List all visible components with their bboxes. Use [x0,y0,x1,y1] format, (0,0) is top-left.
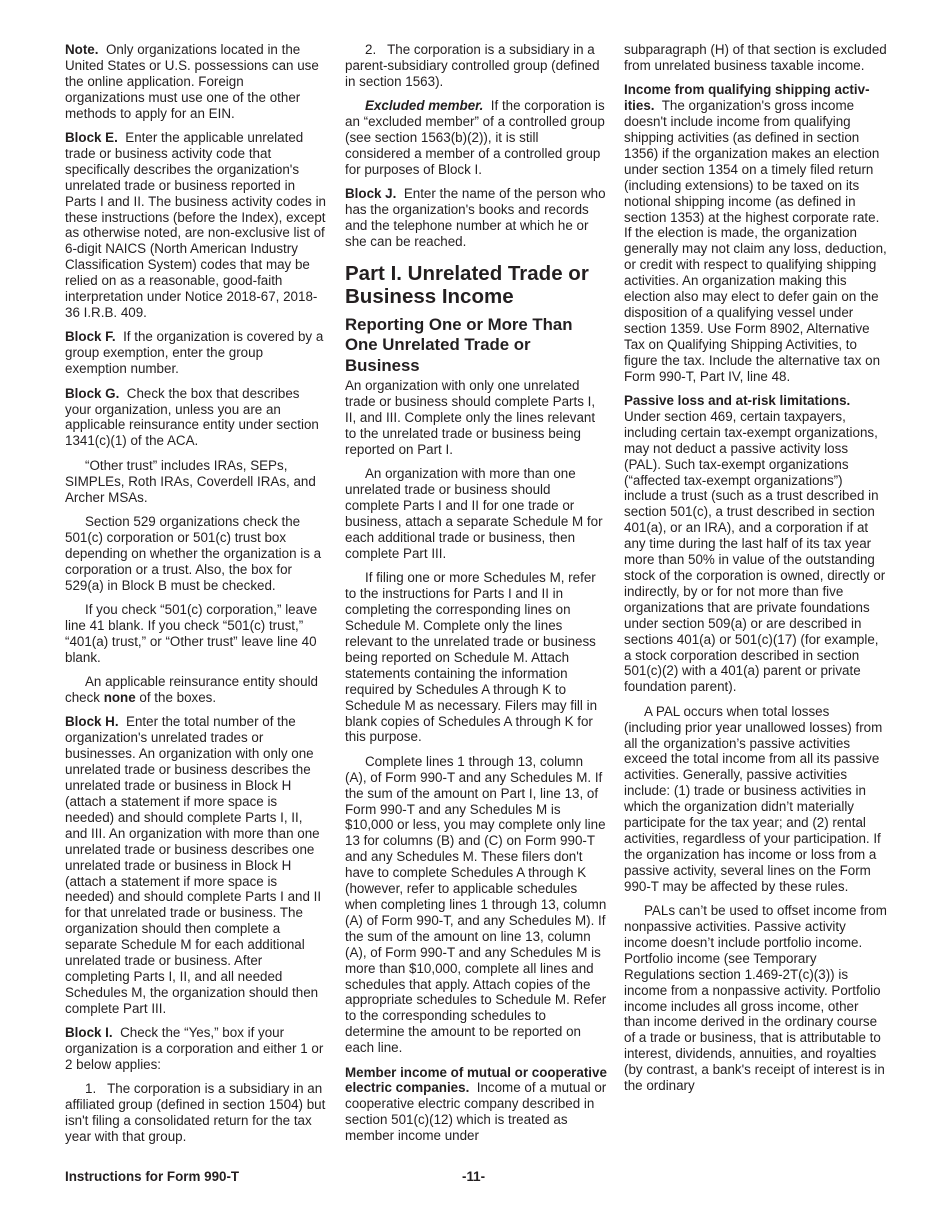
filing-schedules-paragraph: If filing one or more Schedules M, refer… [345,570,607,745]
block-h-lead: Block H. [65,714,119,729]
other-trust-paragraph: “Other trust” includes IRAs, SEPs, SIMPL… [65,458,327,506]
member-income-paragraph: Member income of mutual or coopera­tive … [345,1065,607,1145]
only-one-paragraph: An organization with only one unrelated … [345,378,607,458]
block-g-paragraph: Block G. Check the box that describes yo… [65,386,327,450]
block-i-paragraph: Block I. Check the “Yes,” box if your or… [65,1025,327,1073]
passive-loss-lead: Passive loss and at-risk limitations. [624,393,850,408]
column-left: Note. Only organizations located in the … [65,42,327,1154]
note-lead: Note. [65,42,98,57]
passive-loss-paragraph: Passive loss and at-risk limitations.Und… [624,393,888,695]
note-paragraph: Note. Only organizations located in the … [65,42,327,122]
part-1-heading: Part I. Unrelated Trade or Business Inco… [345,262,607,309]
more-than-one-paragraph: An organization with more than one unrel… [345,466,607,561]
column-right: subparagraph (H) of that section is excl… [624,42,888,1103]
list-item-2: 2. The corporation is a subsidiary in a … [345,42,607,90]
reporting-heading: Reporting One or More Than One Unrelated… [345,315,607,377]
complete-lines-paragraph: Complete lines 1 through 13, column (A),… [345,754,607,1056]
block-j-lead: Block J. [345,186,396,201]
excluded-member-lead: Excluded member. [365,98,483,113]
if-check-paragraph: If you check “501(c) corporation,” leave… [65,602,327,666]
section-529-paragraph: Section 529 organizations check the 501(… [65,514,327,594]
list-item-1: 1. The corporation is a subsidiary in an… [65,1081,327,1145]
shipping-paragraph: Income from qualifying shipping activ­it… [624,82,888,384]
column-middle: 2. The corporation is a subsidiary in a … [345,42,607,1153]
block-h-paragraph: Block H. Enter the total number of the o… [65,714,327,1016]
block-g-lead: Block G. [65,386,119,401]
reinsurance-paragraph: An applicable reinsurance entity should … [65,674,327,706]
footer-title: Instructions for Form 990-T [65,1169,239,1184]
pals-cant-paragraph: PALs can’t be used to offset income from… [624,903,888,1094]
block-i-lead: Block I. [65,1025,113,1040]
block-f-paragraph: Block F. If the organization is covered … [65,329,327,377]
pal-occurs-paragraph: A PAL occurs when total losses (includin… [624,704,888,895]
block-e-paragraph: Block E. Enter the applicable unrelated … [65,130,327,321]
excluded-member-paragraph: Excluded member. If the corporation is a… [345,98,607,178]
page-number: -11- [462,1169,485,1184]
block-j-paragraph: Block J. Enter the name of the person wh… [345,186,607,250]
block-e-lead: Block E. [65,130,118,145]
block-f-lead: Block F. [65,329,116,344]
continued-paragraph: subparagraph (H) of that section is excl… [624,42,888,74]
